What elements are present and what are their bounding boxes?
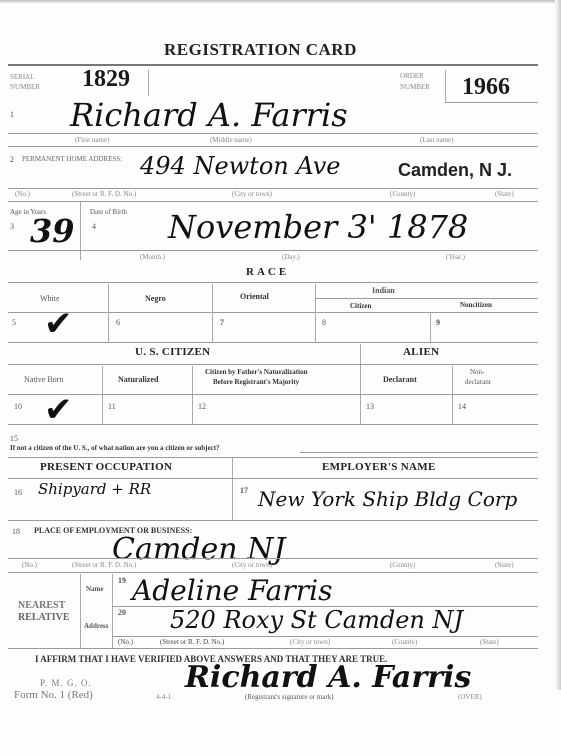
sublabel: (State) [480, 638, 499, 646]
divider [8, 188, 538, 189]
order-label-2: NUMBER [400, 83, 430, 91]
divider [8, 394, 538, 395]
divider [80, 574, 81, 648]
sublabel: (County) [390, 190, 415, 198]
home-address-city: Camden, N J. [398, 160, 512, 181]
order-number: 1966 [462, 74, 510, 101]
serial-label-2: NUMBER [10, 83, 40, 91]
divider [148, 70, 149, 96]
divider [360, 344, 361, 424]
nationality-question: If not a citizen of the U. S., of what n… [10, 444, 220, 452]
card-top-edge [0, 0, 561, 4]
sublabel: (State) [495, 190, 514, 198]
order-label: ORDER [400, 72, 424, 80]
divider [192, 366, 193, 424]
naturalized-label: Naturalized [118, 375, 158, 384]
form-code: P. M. G. O. [40, 678, 92, 688]
home-address-street: 494 Newton Ave [140, 152, 340, 180]
sublabel: (County) [392, 638, 417, 646]
sublabel: (City or town) [232, 561, 272, 569]
race-indian-citizen-label: Citizen [350, 302, 371, 310]
employer-heading: EMPLOYER'S NAME [322, 461, 436, 473]
nearest-relative-label-2: RELATIVE [18, 612, 70, 623]
relative-name-label: Name [86, 585, 104, 593]
field-number: 15 [10, 434, 18, 443]
sublabel: (Street or R. F. D. No.) [72, 561, 136, 569]
field-number: 4 [92, 222, 96, 231]
answer-line [300, 452, 538, 453]
print-code: 4-4-1 [156, 693, 171, 701]
card-right-edge [555, 0, 561, 690]
non-declarant-label-2: declarant [465, 378, 491, 386]
field-number: 14 [458, 402, 466, 411]
native-born-label: Native Born [24, 375, 63, 384]
serial-number: 1829 [82, 66, 130, 93]
sublabel: (No.) [118, 638, 133, 646]
sublabel: (First name) [75, 136, 109, 144]
age-value: 39 [30, 212, 75, 250]
field-number: 13 [366, 402, 374, 411]
employer-name: New York Ship Bldg Corp [258, 487, 517, 511]
indian-label: Indian [372, 286, 395, 295]
registrant-name: Richard A. Farris [70, 96, 348, 134]
relative-address-label: Address [84, 622, 108, 630]
divider [212, 284, 213, 342]
relative-name: Adeline Farris [132, 574, 332, 607]
declarant-label: Declarant [383, 375, 417, 384]
divider [8, 520, 538, 521]
relative-address: 520 Roxy St Camden NJ [170, 606, 463, 634]
occupation-heading: PRESENT OCCUPATION [40, 461, 172, 473]
date-of-birth: November 3' 1878 [168, 208, 468, 246]
divider [315, 284, 316, 342]
field-number: 11 [108, 402, 116, 411]
us-citizen-heading: U. S. CITIZEN [135, 346, 210, 358]
sublabel: (State) [495, 561, 514, 569]
field-number: 3 [10, 222, 14, 231]
dob-label: Date of Birth [90, 208, 127, 216]
sublabel: (No.) [15, 190, 30, 198]
divider [8, 133, 538, 134]
divider [80, 202, 81, 260]
serial-label: SERIAL [10, 73, 35, 81]
sublabel: (Day.) [282, 253, 300, 261]
field-number: 5 [12, 318, 16, 327]
divider [8, 312, 538, 313]
divider [315, 298, 538, 299]
non-declarant-label: Non- [470, 368, 484, 376]
divider [8, 342, 538, 343]
race-white-label: White [40, 294, 60, 303]
field-number: 18 [12, 527, 20, 536]
sublabel: (City or town) [232, 190, 272, 198]
sublabel: (No.) [22, 561, 37, 569]
divider [8, 364, 538, 365]
present-occupation: Shipyard + RR [38, 480, 151, 498]
divider [102, 366, 103, 424]
divider [108, 284, 109, 342]
signature-label: (Registrant's signature or mark) [245, 693, 334, 701]
divider [8, 558, 538, 559]
alien-heading: ALIEN [403, 346, 439, 358]
divider [8, 424, 538, 425]
field-number: 9 [436, 318, 440, 327]
sublabel: (Month.) [140, 253, 165, 261]
divider [112, 636, 538, 637]
registrant-signature: Richard A. Farris [185, 660, 471, 695]
registration-card: REGISTRATION CARD SERIAL NUMBER 1829 ORD… [0, 0, 561, 756]
divider [8, 282, 538, 283]
citizen-by-father-label: Citizen by Father's Naturalization [205, 368, 307, 376]
sublabel: (County) [390, 561, 415, 569]
address-label: PERMANENT HOME ADDRESS: [22, 155, 122, 163]
field-number: 17 [240, 486, 248, 495]
field-number: 19 [118, 576, 126, 585]
race-white-checkmark: ✔ [44, 304, 73, 344]
race-heading: RACE [246, 266, 289, 278]
divider [8, 250, 538, 251]
divider [8, 457, 538, 458]
divider [8, 648, 538, 649]
divider [452, 366, 453, 424]
divider [8, 572, 538, 573]
field-number: 20 [118, 608, 126, 617]
divider [8, 478, 538, 479]
form-number: Form No. 1 (Red) [14, 689, 93, 701]
nearest-relative-label: NEAREST [18, 600, 65, 611]
divider [430, 312, 431, 342]
race-negro-label: Negro [145, 294, 166, 303]
sublabel: (Middle name) [210, 136, 252, 144]
field-number: 12 [198, 402, 206, 411]
divider [445, 102, 538, 103]
divider [8, 146, 538, 147]
divider [445, 70, 446, 102]
over-label: (OVER) [458, 693, 482, 701]
race-indian-noncitizen-label: Noncitizen [460, 301, 492, 309]
sublabel: (Year.) [446, 253, 465, 261]
sublabel: (Street or R. F. D. No.) [72, 190, 136, 198]
divider [8, 201, 538, 202]
citizen-by-father-label-2: Before Registrant's Majority [213, 378, 299, 386]
sublabel: (Last name) [420, 136, 454, 144]
field-number: 8 [322, 318, 326, 327]
divider [232, 458, 233, 520]
sublabel: (City or town) [290, 638, 330, 646]
card-title: REGISTRATION CARD [164, 40, 357, 60]
field-number: 1 [10, 110, 14, 119]
field-number: 16 [14, 488, 22, 497]
field-number: 2 [10, 155, 14, 164]
field-number: 10 [14, 402, 22, 411]
field-number: 6 [116, 318, 120, 327]
sublabel: (Street or R. F. D. No.) [160, 638, 224, 646]
field-number: 7 [220, 318, 224, 327]
race-oriental-label: Oriental [240, 292, 269, 301]
